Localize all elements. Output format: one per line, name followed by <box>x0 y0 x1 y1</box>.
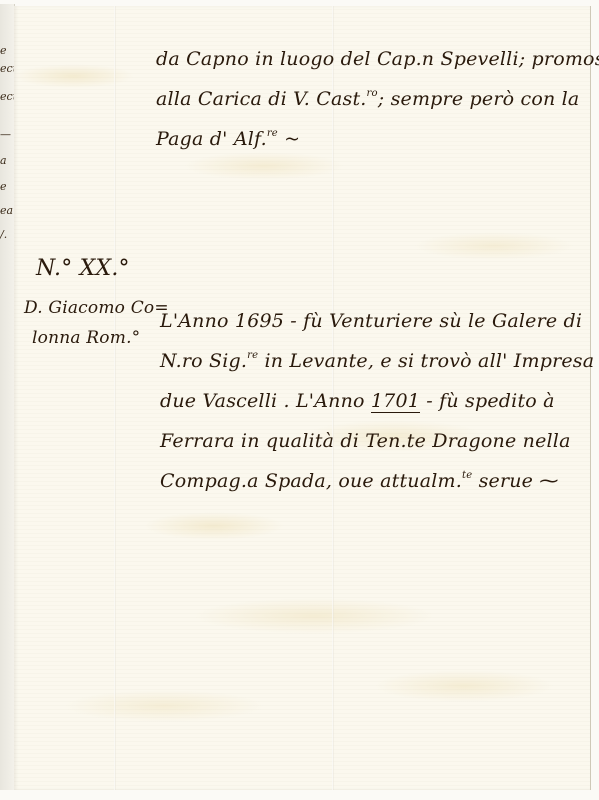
superscript: re <box>247 350 258 361</box>
superscript: te <box>462 470 472 481</box>
entry-name-line-1: D. Giacomo Co= <box>24 298 169 318</box>
entry-number: N.° XX.° <box>36 256 130 281</box>
top-line-1: da Capno in luogo del Cap.n Spevelli; pr… <box>156 48 599 70</box>
entry-year: 1701 <box>371 390 420 413</box>
entry-line-5a: Compag.a Spada, oue attualm. <box>160 470 462 492</box>
left-fragment: — <box>0 128 11 141</box>
top-line-2-rest: ; sempre però con la <box>378 88 580 110</box>
left-fragment: /. <box>0 228 7 241</box>
top-line-2-text: alla Carica di V. Cast. <box>156 88 367 110</box>
top-line-3-text: Paga d' Alf. <box>156 128 267 150</box>
flourish: ⁓ <box>533 470 558 492</box>
top-line-2: alla Carica di V. Cast.ro; sempre però c… <box>156 88 579 110</box>
entry-line-5b: serue <box>472 470 533 492</box>
entry-line-3: due Vascelli . L'Anno 1701 - fù spedito … <box>160 390 555 412</box>
entry-line-3a: due Vascelli . L'Anno <box>160 390 371 412</box>
fold-line <box>114 6 116 790</box>
entry-name-line-2: lonna Rom.° <box>32 328 140 348</box>
entry-line-2a: N.ro Sig. <box>160 350 247 372</box>
entry-line-5: Compag.a Spada, oue attualm.te serue ⁓ <box>160 470 559 492</box>
entry-line-2b: in Levante, e si trovò all' Impresa dell… <box>258 350 599 372</box>
entry-line-2: N.ro Sig.re in Levante, e si trovò all' … <box>160 350 599 372</box>
entry-line-4: Ferrara in qualità di Ten.te Dragone nel… <box>160 430 571 452</box>
entry-line-3b: - fù spedito à <box>420 390 555 412</box>
left-fragment: a <box>0 154 7 167</box>
top-line-3: Paga d' Alf.re ~ <box>156 128 300 150</box>
entry-line-1: L'Anno 1695 - fù Venturiere sù le Galere… <box>160 310 582 332</box>
superscript: ro <box>367 88 378 99</box>
flourish: ~ <box>278 128 300 150</box>
left-fragment: e <box>0 180 7 193</box>
manuscript-page: da Capno in luogo del Cap.n Spevelli; pr… <box>14 6 591 790</box>
superscript: re <box>267 128 278 139</box>
left-fragment: e <box>0 44 7 57</box>
adjacent-page-edge: e ecus ecus — a e ea. /. <box>0 4 15 790</box>
